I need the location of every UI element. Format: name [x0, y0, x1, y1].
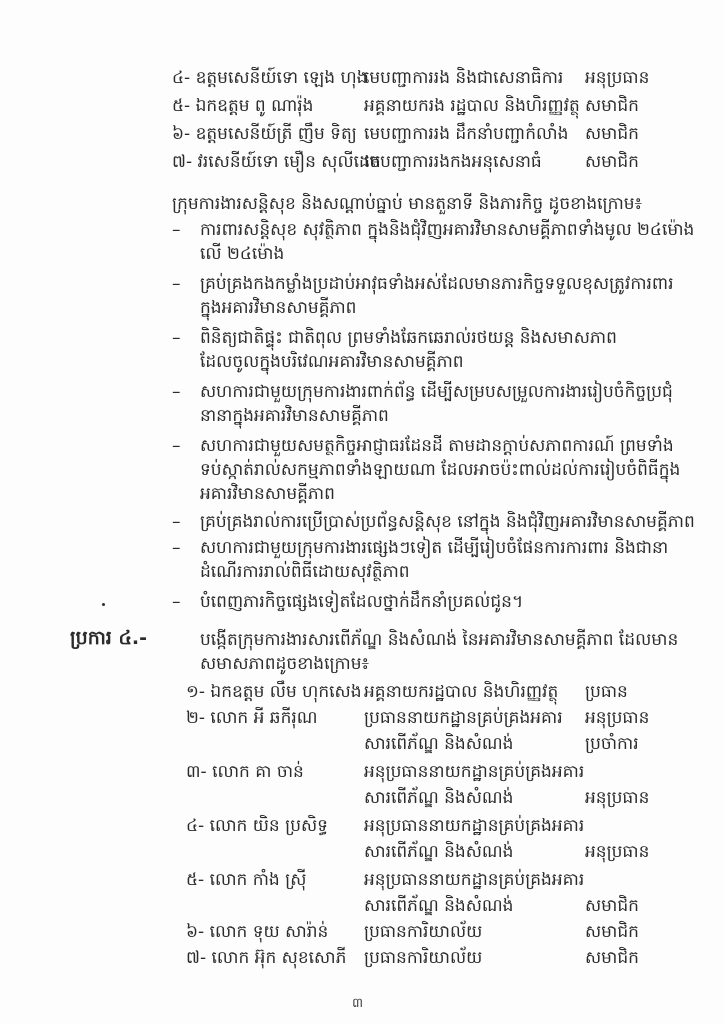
- a4-member-4-role: អនុប្រធាន: [585, 840, 649, 864]
- a4-member-6-position: ប្រធានការិយាល័យ: [364, 920, 482, 944]
- duty-2-line-2: ក្នុងអគារវិមានសាមគ្គីភាព: [200, 296, 356, 320]
- a4-member-1-label: ១- ឯកឧត្តម លឹម ហុកសេង: [186, 680, 362, 704]
- a4-member-5-position-line-2: សារពើភ័ណ្ឌ និងសំណង់: [364, 894, 513, 918]
- a4-member-6-role: សមាជិក: [585, 920, 639, 944]
- member-5-label: ៥- ឯកឧត្តម ពូ ណារ៉ុង: [172, 94, 313, 118]
- a4-member-5-label: ៥- លោក កាំង ស្រ៊ី: [186, 868, 306, 892]
- member-4-label: ៤- ឧត្តមសេនីយ៍ទោ ឡេង ហុង: [172, 66, 367, 90]
- member-7-role: សមាជិក: [585, 150, 639, 174]
- duty-6-line-1: គ្រប់គ្រងរាល់ការប្រើប្រាស់ប្រព័ន្ធសន្តិស…: [200, 510, 695, 534]
- bullet-dash: –: [172, 510, 181, 534]
- a4-member-5-role: សមាជិក: [585, 894, 639, 918]
- duty-4-line-1: សហការជាមួយក្រុមការងារពាក់ព័ន្ធ ដើម្បីសម្…: [200, 380, 673, 404]
- member-4-role: អនុប្រធាន: [585, 66, 649, 90]
- security-team-heading: ក្រុមការងារសន្តិសុខ និងសណ្តាប់ធ្នាប់ មាន…: [172, 192, 642, 216]
- margin-mark: [102, 603, 105, 606]
- bullet-dash: –: [172, 218, 181, 242]
- duty-3-line-2: ដែលចូលក្នុងបរិវេណអគារវិមានសាមគ្គីភាព: [200, 350, 464, 374]
- a4-member-2-label: ២- លោក អី ឆកីរុណ: [186, 706, 318, 730]
- a4-member-3-position-line-2: សារពើភ័ណ្ឌ និងសំណង់: [364, 786, 513, 810]
- article-4-text-line-2: សមាសភាពដូចខាងក្រោម៖: [200, 652, 369, 676]
- bullet-dash: –: [172, 590, 181, 614]
- member-5-role: សមាជិក: [585, 94, 639, 118]
- member-6-role: សមាជិក: [585, 122, 639, 146]
- a4-member-4-label: ៤- លោក យិន ប្រសិទ្ធ: [186, 814, 328, 838]
- a4-member-7-role: សមាជិក: [585, 946, 639, 970]
- a4-member-1-role: ប្រធាន: [585, 680, 628, 704]
- duty-5-line-3: អគារវិមានសាមគ្គីភាព: [200, 482, 335, 506]
- a4-member-5-position-line-1: អនុប្រធាននាយកដ្ឋានគ្រប់គ្រងអគារ: [364, 868, 584, 892]
- duty-1-line-1: ការពារសន្តិសុខ សុវត្ថិភាព ក្នុងនិងជុំវិញ…: [200, 218, 694, 242]
- bullet-dash: –: [172, 380, 181, 404]
- duty-2-line-1: គ្រប់គ្រងកងកម្លាំងប្រដាប់អាវុធទាំងអស់ដែល…: [200, 272, 673, 296]
- a4-member-4-position-line-1: អនុប្រធាននាយកដ្ឋានគ្រប់គ្រងអគារ: [364, 814, 584, 838]
- duty-7-line-1: សហការជាមួយក្រុមការងារផ្សេងៗទៀត ដើម្បីរៀប…: [200, 536, 668, 560]
- a4-member-6-label: ៦- លោក ទុយ សារ៉ាន់: [186, 920, 328, 944]
- duty-5-line-2: ទប់ស្កាត់រាល់សកម្មភាពទាំងឡាយណា ដែលអាចប៉ះ…: [200, 458, 680, 482]
- a4-member-7-position: ប្រធានការិយាល័យ: [364, 946, 482, 970]
- a4-member-3-role: អនុប្រធាន: [585, 786, 649, 810]
- a4-member-3-position-line-1: អនុប្រធាននាយកដ្ឋានគ្រប់គ្រងអគារ: [364, 760, 584, 784]
- a4-member-2-position-line-1: ប្រធាននាយកដ្ឋានគ្រប់គ្រងអគារ: [364, 706, 563, 730]
- member-7-label: ៧- វរសេនីយ៍ទោ មឿន សុលីដេត: [172, 150, 381, 174]
- article-4-label: ប្រការ ៤.-: [70, 626, 147, 650]
- duty-8-line-1: បំពេញភារកិច្ចផ្សេងទៀតដែលថ្នាក់ដឹកនាំប្រគ…: [200, 590, 523, 614]
- member-7-position: មេបញ្ជាការរងកងអនុសេនាធំ: [364, 150, 542, 174]
- member-6-label: ៦- ឧត្តមសេនីយ៍ត្រី ញឹម ទិត្យ: [172, 122, 357, 146]
- duty-7-line-2: ដំណើរការរាល់ពិធីដោយសុវត្ថិភាព: [200, 560, 410, 584]
- a4-member-1-position: អគ្គនាយករដ្ឋបាល និងហិរញ្ញវត្ថុ: [364, 680, 558, 704]
- member-4-position: មេបញ្ជាការរង និងជាសេនាធិការ: [364, 66, 563, 90]
- a4-member-7-label: ៧- លោក អ៊ុក សុខសោភី: [186, 946, 346, 970]
- duty-4-line-2: នានាក្នុងអគារវិមានសាមគ្គីភាព: [200, 404, 389, 428]
- document-page: ៤- ឧត្តមសេនីយ៍ទោ ឡេង ហុង មេបញ្ជាការរង និ…: [0, 0, 724, 1024]
- member-6-position: មេបញ្ជាការរង ដឹកនាំបញ្ជាកំលាំង: [364, 122, 568, 146]
- a4-member-2-position-line-2: សារពើភ័ណ្ឌ និងសំណង់: [364, 732, 513, 756]
- a4-member-4-position-line-2: សារពើភ័ណ្ឌ និងសំណង់: [364, 840, 513, 864]
- a4-member-2-role: អនុប្រធាន: [585, 706, 649, 730]
- article-4-text-line-1: បង្កើតក្រុមការងារសារពើភ័ណ្ឌ និងសំណង់ នៃអ…: [200, 628, 678, 652]
- bullet-dash: –: [172, 326, 181, 350]
- a4-member-2-role2: ប្រចាំការ: [585, 732, 639, 756]
- duty-1-line-2: លើ ២៤ម៉ោង: [200, 242, 284, 266]
- page-number: ៣: [352, 995, 363, 1014]
- bullet-dash: –: [172, 272, 181, 296]
- member-5-position: អគ្គនាយករង រដ្ឋបាល និងហិរញ្ញវត្ថុ: [364, 94, 580, 118]
- duty-3-line-1: ពិនិត្យជាតិផ្ទុះ ជាតិពុល ព្រមទាំងឆែកឆេរា…: [200, 326, 617, 350]
- bullet-dash: –: [172, 434, 181, 458]
- duty-5-line-1: សហការជាមួយសមត្ថកិច្ចអាជ្ញាធរដែនដី តាមដាន…: [200, 434, 674, 458]
- bullet-dash: –: [172, 536, 181, 560]
- a4-member-3-label: ៣- លោក គា ចាន់: [186, 760, 304, 784]
